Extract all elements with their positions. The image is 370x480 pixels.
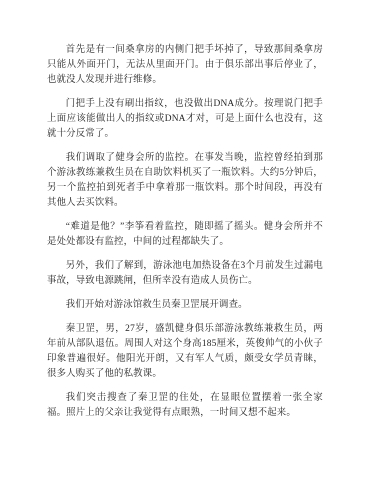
reader-page: 首先是有一间桑拿房的内侧门把手坏掉了，导致那间桑拿房只能从外面开门，无法从里面开… [0,0,370,480]
paragraph: 秦卫罡，男，27岁，盛凯健身俱乐部游泳教练兼救生员，两年前从部队退伍。周围人对这… [47,322,323,382]
paragraph: 我们开始对游泳馆救生员秦卫罡展开调查。 [47,298,323,313]
paragraph: 门把手上没有刷出指纹，也没做出DNA成分。按理说门把手上面应该能做出人的指纹或D… [47,97,323,142]
paragraph: 首先是有一间桑拿房的内侧门把手坏掉了，导致那间桑拿房只能从外面开门，无法从里面开… [47,43,323,88]
paragraph: 另外，我们了解到，游泳池电加热设备在3个月前发生过漏电事故，导致电源跳闸，但所幸… [47,259,323,289]
paragraph: 我们突击搜查了秦卫罡的住处，在显眼位置摆着一张全家福。照片上的父亲让我觉得有点眼… [47,391,323,421]
paragraph: “难道是他？”李筝看着监控，随即摇了摇头。健身会所并不是处处都设有监控，中间的过… [47,220,323,250]
paragraph: 我们调取了健身会所的监控。在事发当晚，监控曾经拍到那个游泳教练兼救生员在自助饮料… [47,151,323,211]
